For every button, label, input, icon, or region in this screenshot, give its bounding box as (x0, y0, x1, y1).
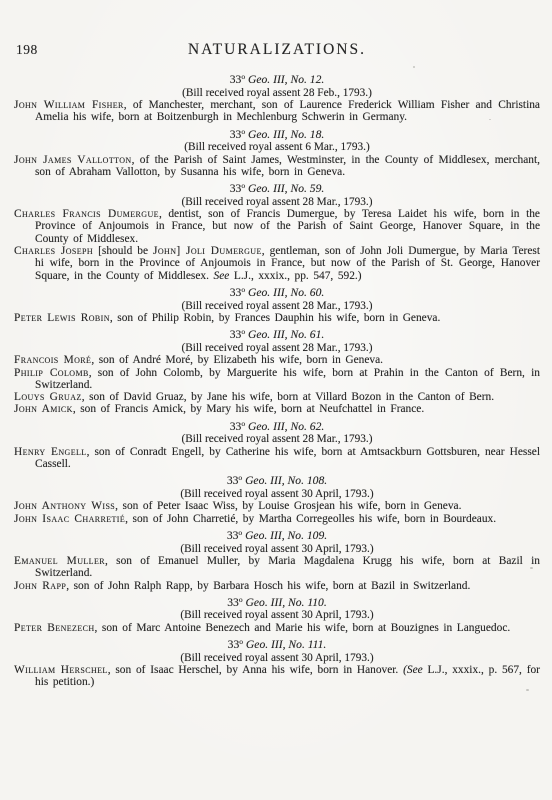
page-number: 198 (16, 42, 38, 58)
statute-section: 33o Geo. III, No. 12. (Bill received roy… (14, 74, 540, 124)
entry-name: John William Fisher (14, 99, 124, 111)
page-title: NATURALIZATIONS. (14, 41, 540, 59)
entry-text: , son of Marc Antoine Benezech and Marie… (95, 622, 511, 634)
statute-number: 33 (227, 596, 239, 609)
entry-see-reference-text: L.J., xxxix., pp. 547, 592.) (229, 270, 361, 282)
scan-speck (530, 567, 533, 569)
entry-name: William Herschel (14, 664, 108, 676)
royal-assent-line: (Bill received royal assent 30 April, 17… (14, 609, 540, 621)
royal-assent-line: (Bill received royal assent 6 Mar., 1793… (14, 141, 540, 153)
statute-citation: Geo. III, No. 12. (248, 73, 324, 86)
statute-degree-mark: o (241, 181, 245, 190)
statute-citation: Geo. III, No. 18. (248, 128, 324, 141)
entry-text: , son of Conradt Engell, by Catherine hi… (35, 446, 540, 470)
statute-section: 33o Geo. III, No. 59. (Bill received roy… (14, 183, 540, 282)
scan-speck (413, 66, 415, 68)
entry-text: , son of John Charretié, by Martha Corre… (125, 513, 496, 525)
naturalization-entry: Peter Lewis Robin, son of Philip Robin, … (14, 312, 540, 324)
statute-heading: 33o Geo. III, No. 62. (14, 421, 540, 434)
royal-assent-line: (Bill received royal assent 30 April, 17… (14, 652, 540, 664)
entry-name: Peter Benezech (14, 622, 95, 634)
section-entries: Charles Francis Dumergue, dentist, son o… (14, 208, 540, 282)
royal-assent-line: (Bill received royal assent 28 Mar., 179… (14, 196, 540, 208)
entry-name: Emanuel Muller (14, 555, 105, 567)
statute-number: 33 (230, 328, 242, 341)
royal-assent-line: (Bill received royal assent 30 April, 17… (14, 488, 540, 500)
statute-section: 33o Geo. III, No. 109. (Bill received ro… (14, 530, 540, 592)
statute-degree-mark: o (241, 327, 245, 336)
statute-citation: Geo. III, No. 111. (246, 638, 326, 651)
entry-name: John Rapp (14, 580, 66, 592)
naturalization-entry: Charles Joseph [should be John] Joli Dum… (14, 245, 540, 282)
entry-see-reference: See (214, 270, 230, 282)
scan-speck (489, 119, 491, 120)
statute-degree-mark: o (241, 419, 245, 428)
royal-assent-line: (Bill received royal assent 28 Mar., 179… (14, 300, 540, 312)
naturalization-entry: Louys Gruaz, son of David Gruaz, by Jane… (14, 391, 540, 403)
statute-heading: 33o Geo. III, No. 109. (14, 530, 540, 543)
statute-section: 33o Geo. III, No. 111. (Bill received ro… (14, 639, 540, 689)
statute-number: 33 (228, 638, 240, 651)
statute-number: 33 (230, 420, 242, 433)
statute-section: 33o Geo. III, No. 18. (Bill received roy… (14, 129, 540, 179)
entry-text: , son of André Moré, by Elizabeth his wi… (91, 354, 383, 366)
entry-name: Philip Colomb (14, 367, 89, 379)
section-entries: John Anthony Wiss, son of Peter Isaac Wi… (14, 500, 540, 525)
section-entries: John James Vallotton, of the Parish of S… (14, 154, 540, 179)
entry-name: John Anthony Wiss (14, 500, 115, 512)
naturalization-entry: Peter Benezech, son of Marc Antoine Bene… (14, 622, 540, 634)
statute-section: 33o Geo. III, No. 110. (Bill received ro… (14, 597, 540, 634)
entry-text: , son of Philip Robin, by Frances Dauphi… (110, 312, 440, 324)
scanned-book-page: 198 NATURALIZATIONS. 33o Geo. III, No. 1… (0, 0, 552, 800)
statute-heading: 33o Geo. III, No. 61. (14, 329, 540, 342)
statute-number: 33 (230, 286, 242, 299)
entry-text: , son of Isaac Herschel, by Anna his wif… (108, 664, 403, 676)
page-header: 198 NATURALIZATIONS. (14, 41, 540, 59)
statute-citation: Geo. III, No. 62. (248, 420, 324, 433)
entry-name-continued: John] Joli Dumergue (153, 245, 262, 257)
naturalization-entry: Francois Moré, son of André Moré, by Eli… (14, 354, 540, 366)
entry-see-reference: (See (403, 664, 423, 676)
naturalization-entry: Philip Colomb, son of John Colomb, by Ma… (14, 367, 540, 392)
naturalization-entry: Emanuel Muller, son of Emanuel Muller, b… (14, 555, 540, 580)
naturalization-entry: John Rapp, son of John Ralph Rapp, by Ba… (14, 580, 540, 592)
statute-number: 33 (227, 474, 239, 487)
entry-text: , son of John Colomb, by Marguerite his … (35, 367, 540, 391)
scan-speck (526, 689, 529, 691)
statute-degree-mark: o (241, 72, 245, 81)
statute-heading: 33o Geo. III, No. 110. (14, 597, 540, 610)
entry-name: Henry Engell (14, 446, 87, 458)
naturalization-entry: John William Fisher, of Manchester, merc… (14, 99, 540, 124)
naturalization-entry: John James Vallotton, of the Parish of S… (14, 154, 540, 179)
naturalization-entry: Charles Francis Dumergue, dentist, son o… (14, 208, 540, 245)
statute-section: 33o Geo. III, No. 62. (Bill received roy… (14, 421, 540, 471)
section-entries: John William Fisher, of Manchester, merc… (14, 99, 540, 124)
entry-name: Louys Gruaz (14, 391, 82, 403)
statute-citation: Geo. III, No. 110. (246, 596, 327, 609)
statute-number: 33 (230, 73, 242, 86)
entry-name: Peter Lewis Robin (14, 312, 110, 324)
section-entries: William Herschel, son of Isaac Herschel,… (14, 664, 540, 689)
naturalization-entry: William Herschel, son of Isaac Herschel,… (14, 664, 540, 689)
statute-section: 33o Geo. III, No. 61. (Bill received roy… (14, 329, 540, 415)
statute-citation: Geo. III, No. 61. (248, 328, 324, 341)
royal-assent-line: (Bill received royal assent 30 April, 17… (14, 543, 540, 555)
naturalization-entry: John Isaac Charretié, son of John Charre… (14, 513, 540, 525)
entry-text: , son of John Ralph Rapp, by Barbara Hos… (66, 580, 470, 592)
statute-degree-mark: o (241, 127, 245, 136)
statute-section: 33o Geo. III, No. 60. (Bill received roy… (14, 287, 540, 324)
entry-text: , son of Francis Amick, by Mary his wife… (73, 403, 424, 415)
statute-number: 33 (227, 529, 239, 542)
statute-citation: Geo. III, No. 109. (245, 529, 327, 542)
entries-area: 33o Geo. III, No. 12. (Bill received roy… (14, 74, 540, 689)
statute-heading: 33o Geo. III, No. 59. (14, 183, 540, 196)
section-entries: Francois Moré, son of André Moré, by Eli… (14, 354, 540, 415)
section-entries: Peter Lewis Robin, son of Philip Robin, … (14, 312, 540, 324)
statute-heading: 33o Geo. III, No. 108. (14, 475, 540, 488)
entry-name: John James Vallotton (14, 154, 132, 166)
royal-assent-line: (Bill received royal assent 28 Mar., 179… (14, 342, 540, 354)
section-entries: Emanuel Muller, son of Emanuel Muller, b… (14, 555, 540, 592)
statute-degree-mark: o (239, 637, 243, 646)
statute-degree-mark: o (239, 595, 243, 604)
royal-assent-line: (Bill received royal assent 28 Mar., 179… (14, 433, 540, 445)
statute-heading: 33o Geo. III, No. 60. (14, 287, 540, 300)
naturalization-entry: John Amick, son of Francis Amick, by Mar… (14, 403, 540, 415)
entry-bracket-note: [should be (93, 245, 153, 257)
entry-text: , son of Peter Isaac Wiss, by Louise Gro… (115, 500, 461, 512)
statute-number: 33 (230, 182, 242, 195)
statute-citation: Geo. III, No. 108. (245, 474, 327, 487)
statute-number: 33 (230, 128, 242, 141)
entry-name: John Amick (14, 403, 73, 415)
statute-heading: 33o Geo. III, No. 18. (14, 129, 540, 142)
statute-heading: 33o Geo. III, No. 12. (14, 74, 540, 87)
statute-degree-mark: o (241, 285, 245, 294)
statute-citation: Geo. III, No. 60. (248, 286, 324, 299)
statute-degree-mark: o (238, 473, 242, 482)
entry-text: , son of David Gruaz, by Jane his wife, … (82, 391, 494, 403)
statute-citation: Geo. III, No. 59. (248, 182, 324, 195)
naturalization-entry: Henry Engell, son of Conradt Engell, by … (14, 446, 540, 471)
section-entries: Henry Engell, son of Conradt Engell, by … (14, 446, 540, 471)
section-entries: Peter Benezech, son of Marc Antoine Bene… (14, 622, 540, 634)
entry-name: John Isaac Charretié (14, 513, 125, 525)
entry-name: Charles Francis Dumergue (14, 208, 159, 220)
statute-degree-mark: o (238, 528, 242, 537)
entry-text: , son of Emanuel Muller, by Maria Magdal… (35, 555, 540, 579)
entry-name: Francois Moré (14, 354, 91, 366)
royal-assent-line: (Bill received royal assent 28 Feb., 179… (14, 87, 540, 99)
entry-name: Charles Joseph (14, 245, 93, 257)
naturalization-entry: John Anthony Wiss, son of Peter Isaac Wi… (14, 500, 540, 512)
statute-section: 33o Geo. III, No. 108. (Bill received ro… (14, 475, 540, 525)
statute-heading: 33o Geo. III, No. 111. (14, 639, 540, 652)
